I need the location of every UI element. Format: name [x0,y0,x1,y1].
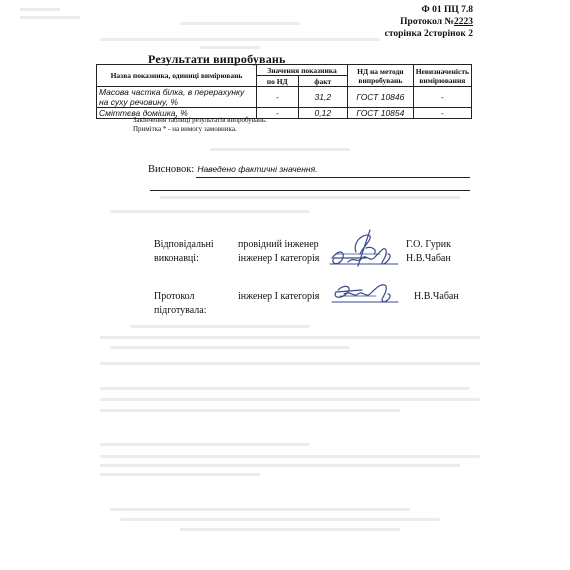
results-table: Назва показника, одиниці вимірювань Знач… [96,64,472,119]
table-remark: Примітка * - на вимогу замовника. [133,125,237,134]
conclusion-underline-1 [196,177,470,178]
page-info: сторінка 2сторінок 2 [385,28,473,40]
cell-method: ГОСТ 10854 [348,108,414,119]
col-header-uncertainty: Невизначеність вимірювання [413,65,471,87]
conclusion-value: Наведено фактичні значення. [197,164,317,174]
cell-uncertainty: - [413,87,471,108]
table-row: Масова частка білка, в перерахунку на су… [97,87,472,108]
form-code: Ф 01 ПЦ 7.8 [385,4,473,16]
position: інженер I категорія [238,252,319,266]
col-header-value-group: Значення показника [257,65,348,76]
prepared-position: інженер I категорія [238,290,319,304]
signature-responsible [326,228,406,272]
col-header-method: НД на методи випробувань [348,65,414,87]
person-name: Г.О. Гурик [406,238,451,252]
prepared-name: Н.В.Чабан [414,290,459,304]
col-header-name: Назва показника, одиниці вимірювань [97,65,257,87]
document-header: Ф 01 ПЦ 7.8 Протокол №2223 сторінка 2сто… [385,4,473,40]
cell-name: Масова частка білка, в перерахунку на су… [97,87,257,108]
signature-prepared [328,280,404,310]
cell-fact: 31,2 [298,87,348,108]
cell-by-nd: - [257,87,299,108]
col-header-by-nd: по НД [257,76,299,87]
responsible-positions: провідний інженер інженер I категорія [238,238,319,266]
protocol-label: Протокол № [400,17,454,27]
protocol-number-line: Протокол №2223 [385,16,473,28]
conclusion-underline-2 [150,190,470,191]
cell-method: ГОСТ 10846 [348,87,414,108]
responsible-label: Відповідальні виконавці: [154,238,214,266]
table-end-note: Закінчення таблиці результатів випробува… [133,116,267,125]
person-name: Н.В.Чабан [406,252,451,266]
conclusion-label: Висновок: [148,164,194,175]
cell-uncertainty: - [413,108,471,119]
col-header-fact: факт [298,76,348,87]
responsible-names: Г.О. Гурик Н.В.Чабан [406,238,451,266]
cell-fact: 0,12 [298,108,348,119]
position: провідний інженер [238,238,319,252]
prepared-label: Протокол підготувала: [154,290,207,318]
protocol-number: 2223 [454,17,473,27]
conclusion: Висновок:Наведено фактичні значення. [148,164,470,175]
